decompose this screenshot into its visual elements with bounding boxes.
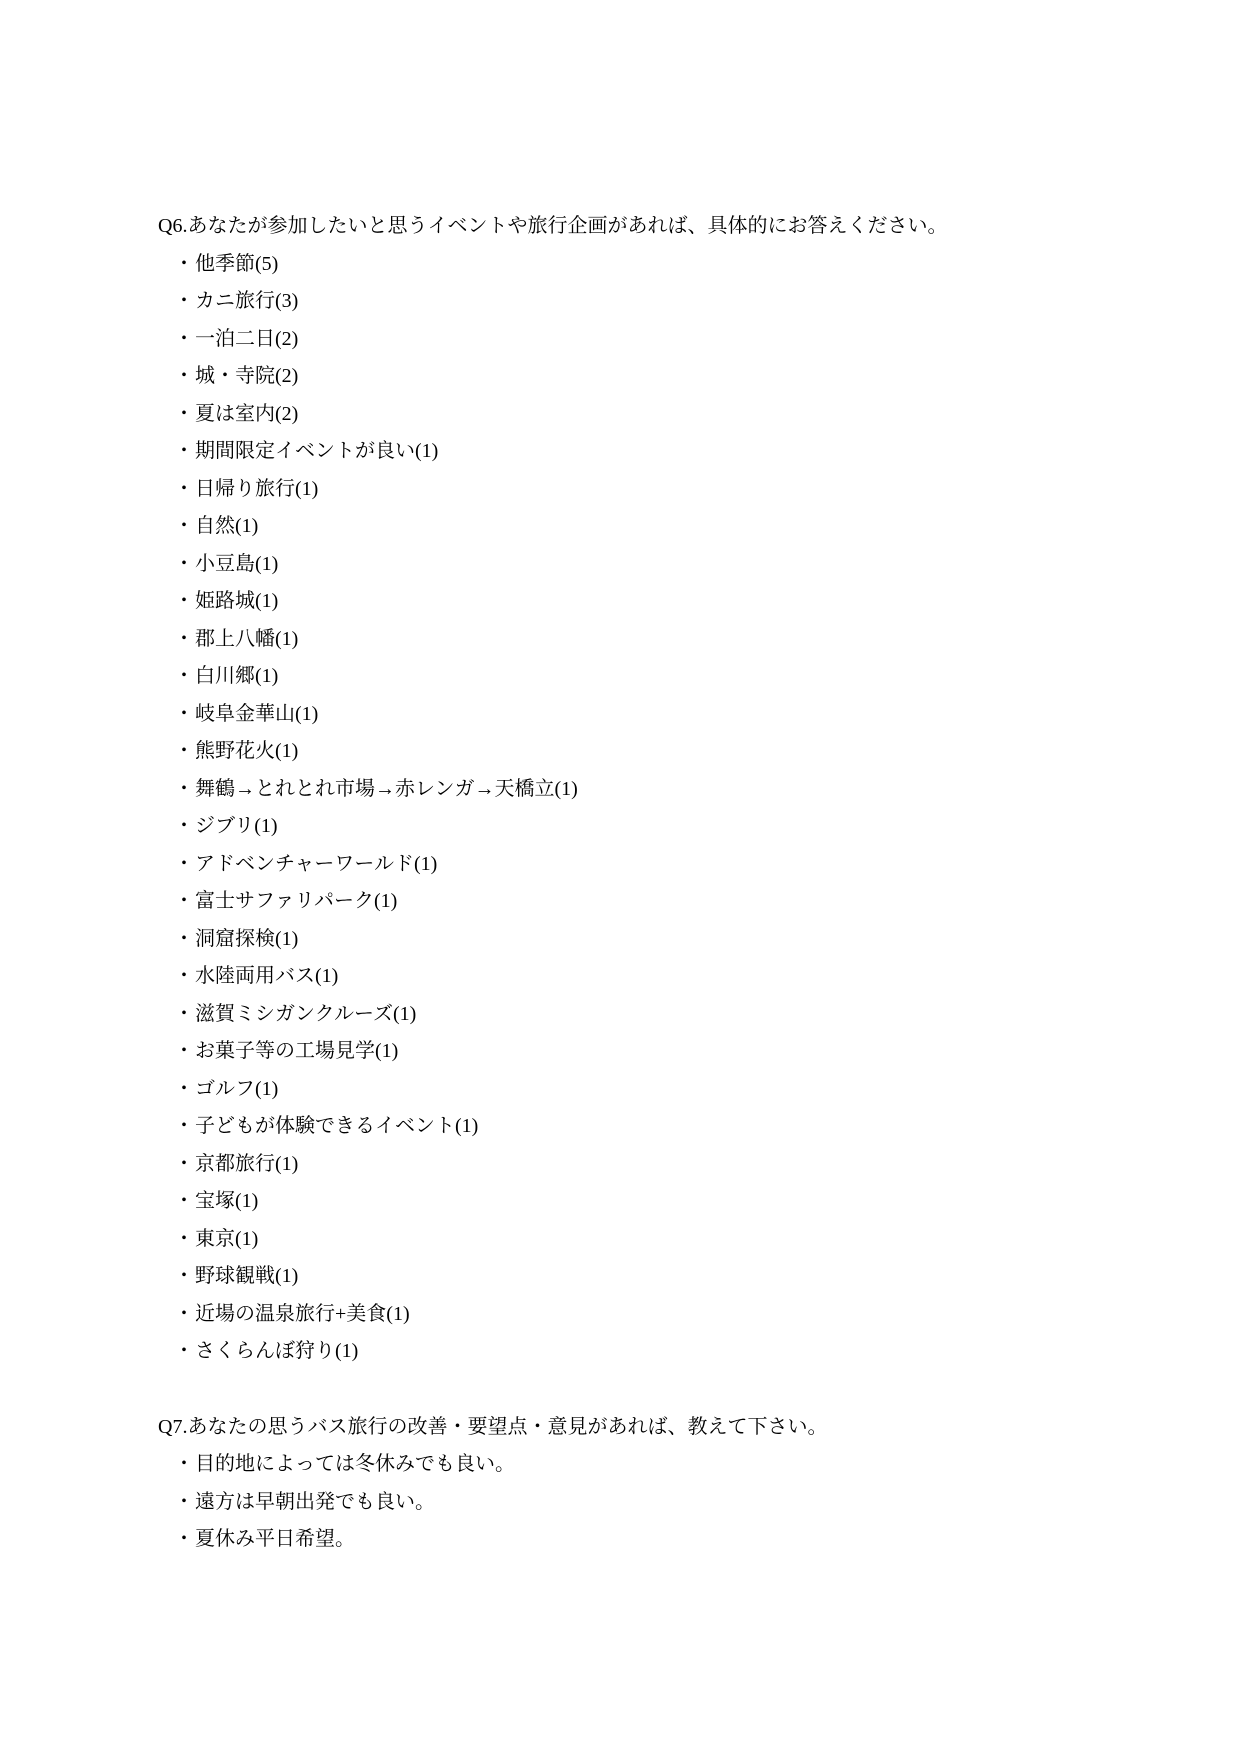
- item-text: 子どもが体験できるイベント(1): [195, 1115, 478, 1137]
- list-item: ・城・寺院(2): [174, 358, 1161, 396]
- list-item: ・遠方は早朝出発でも良い。: [174, 1484, 1161, 1522]
- bullet-marker: ・: [174, 1108, 194, 1146]
- list-item: ・滋賀ミシガンクルーズ(1): [174, 996, 1161, 1034]
- section-q7: Q7.あなたの思うバス旅行の改善・要望点・意見があれば、教えて下さい。 ・目的地…: [158, 1409, 1161, 1559]
- item-text: 姫路城(1): [195, 590, 278, 612]
- item-text: 京都旅行(1): [195, 1153, 298, 1175]
- list-item: ・白川郷(1): [174, 658, 1161, 696]
- item-text: ジブリ(1): [195, 815, 278, 837]
- bullet-marker: ・: [174, 433, 194, 471]
- bullet-marker: ・: [174, 771, 194, 809]
- list-item: ・日帰り旅行(1): [174, 471, 1161, 509]
- item-text: 他季節(5): [195, 253, 278, 275]
- list-item: ・アドベンチャーワールド(1): [174, 846, 1161, 884]
- bullet-marker: ・: [174, 1146, 194, 1184]
- list-item: ・夏は室内(2): [174, 396, 1161, 434]
- list-item: ・目的地によっては冬休みでも良い。: [174, 1446, 1161, 1484]
- item-text: 野球観戦(1): [195, 1265, 298, 1287]
- bullet-marker: ・: [174, 283, 194, 321]
- list-item: ・京都旅行(1): [174, 1146, 1161, 1184]
- bullet-marker: ・: [174, 1221, 194, 1259]
- list-item: ・他季節(5): [174, 246, 1161, 284]
- list-item: ・野球観戦(1): [174, 1258, 1161, 1296]
- list-item: ・ジブリ(1): [174, 808, 1161, 846]
- item-text: カニ旅行(3): [195, 290, 298, 312]
- bullet-marker: ・: [174, 1446, 194, 1484]
- item-text: 遠方は早朝出発でも良い。: [195, 1491, 435, 1513]
- bullet-marker: ・: [174, 1071, 194, 1109]
- document-page: Q6.あなたが参加したいと思うイベントや旅行企画があれば、具体的にお答えください…: [0, 0, 1241, 1755]
- bullet-marker: ・: [174, 396, 194, 434]
- section-q6: Q6.あなたが参加したいと思うイベントや旅行企画があれば、具体的にお答えください…: [158, 208, 1161, 1371]
- list-item: ・東京(1): [174, 1221, 1161, 1259]
- bullet-marker: ・: [174, 358, 194, 396]
- answer-list-q6: ・他季節(5)・カニ旅行(3)・一泊二日(2)・城・寺院(2)・夏は室内(2)・…: [158, 246, 1161, 1371]
- answer-list-q7: ・目的地によっては冬休みでも良い。・遠方は早朝出発でも良い。・夏休み平日希望。: [158, 1446, 1161, 1559]
- bullet-marker: ・: [174, 1183, 194, 1221]
- item-text: 目的地によっては冬休みでも良い。: [195, 1453, 515, 1475]
- bullet-marker: ・: [174, 883, 194, 921]
- item-text: お菓子等の工場見学(1): [195, 1040, 398, 1062]
- bullet-marker: ・: [174, 1258, 194, 1296]
- list-item: ・自然(1): [174, 508, 1161, 546]
- list-item: ・舞鶴→とれとれ市場→赤レンガ→天橋立(1): [174, 771, 1161, 809]
- bullet-marker: ・: [174, 658, 194, 696]
- list-item: ・子どもが体験できるイベント(1): [174, 1108, 1161, 1146]
- bullet-marker: ・: [174, 621, 194, 659]
- list-item: ・一泊二日(2): [174, 321, 1161, 359]
- list-item: ・期間限定イベントが良い(1): [174, 433, 1161, 471]
- list-item: ・熊野花火(1): [174, 733, 1161, 771]
- item-text: 舞鶴→とれとれ市場→赤レンガ→天橋立(1): [195, 778, 578, 800]
- bullet-marker: ・: [174, 1484, 194, 1522]
- item-text: 近場の温泉旅行+美食(1): [195, 1303, 410, 1325]
- question-q7-heading: Q7.あなたの思うバス旅行の改善・要望点・意見があれば、教えて下さい。: [158, 1409, 1161, 1447]
- bullet-marker: ・: [174, 921, 194, 959]
- bullet-marker: ・: [174, 1296, 194, 1334]
- list-item: ・近場の温泉旅行+美食(1): [174, 1296, 1161, 1334]
- item-text: さくらんぼ狩り(1): [195, 1340, 358, 1362]
- item-text: 城・寺院(2): [195, 365, 298, 387]
- list-item: ・ゴルフ(1): [174, 1071, 1161, 1109]
- item-text: 宝塚(1): [195, 1190, 258, 1212]
- list-item: ・郡上八幡(1): [174, 621, 1161, 659]
- item-text: 郡上八幡(1): [195, 628, 298, 650]
- bullet-marker: ・: [174, 321, 194, 359]
- item-text: 夏は室内(2): [195, 403, 298, 425]
- list-item: ・夏休み平日希望。: [174, 1521, 1161, 1559]
- bullet-marker: ・: [174, 246, 194, 284]
- list-item: ・さくらんぼ狩り(1): [174, 1333, 1161, 1371]
- bullet-marker: ・: [174, 583, 194, 621]
- item-text: 富士サファリパーク(1): [195, 890, 397, 912]
- item-text: 期間限定イベントが良い(1): [195, 440, 438, 462]
- question-q6-heading: Q6.あなたが参加したいと思うイベントや旅行企画があれば、具体的にお答えください…: [158, 208, 1161, 246]
- bullet-marker: ・: [174, 846, 194, 884]
- bullet-marker: ・: [174, 996, 194, 1034]
- item-text: 小豆島(1): [195, 553, 278, 575]
- item-text: アドベンチャーワールド(1): [195, 853, 437, 875]
- list-item: ・お菓子等の工場見学(1): [174, 1033, 1161, 1071]
- item-text: ゴルフ(1): [195, 1078, 278, 1100]
- bullet-marker: ・: [174, 1521, 194, 1559]
- list-item: ・小豆島(1): [174, 546, 1161, 584]
- item-text: 滋賀ミシガンクルーズ(1): [195, 1003, 416, 1025]
- item-text: 夏休み平日希望。: [195, 1528, 355, 1550]
- bullet-marker: ・: [174, 1033, 194, 1071]
- list-item: ・姫路城(1): [174, 583, 1161, 621]
- item-text: 自然(1): [195, 515, 258, 537]
- item-text: 白川郷(1): [195, 665, 278, 687]
- bullet-marker: ・: [174, 696, 194, 734]
- item-text: 熊野花火(1): [195, 740, 298, 762]
- bullet-marker: ・: [174, 733, 194, 771]
- item-text: 日帰り旅行(1): [195, 478, 318, 500]
- bullet-marker: ・: [174, 546, 194, 584]
- list-item: ・カニ旅行(3): [174, 283, 1161, 321]
- bullet-marker: ・: [174, 1333, 194, 1371]
- bullet-marker: ・: [174, 808, 194, 846]
- item-text: 洞窟探検(1): [195, 928, 298, 950]
- list-item: ・水陸両用バス(1): [174, 958, 1161, 996]
- bullet-marker: ・: [174, 471, 194, 509]
- list-item: ・宝塚(1): [174, 1183, 1161, 1221]
- item-text: 一泊二日(2): [195, 328, 298, 350]
- list-item: ・洞窟探検(1): [174, 921, 1161, 959]
- item-text: 岐阜金華山(1): [195, 703, 318, 725]
- list-item: ・岐阜金華山(1): [174, 696, 1161, 734]
- bullet-marker: ・: [174, 508, 194, 546]
- item-text: 水陸両用バス(1): [195, 965, 338, 987]
- item-text: 東京(1): [195, 1228, 258, 1250]
- list-item: ・富士サファリパーク(1): [174, 883, 1161, 921]
- bullet-marker: ・: [174, 958, 194, 996]
